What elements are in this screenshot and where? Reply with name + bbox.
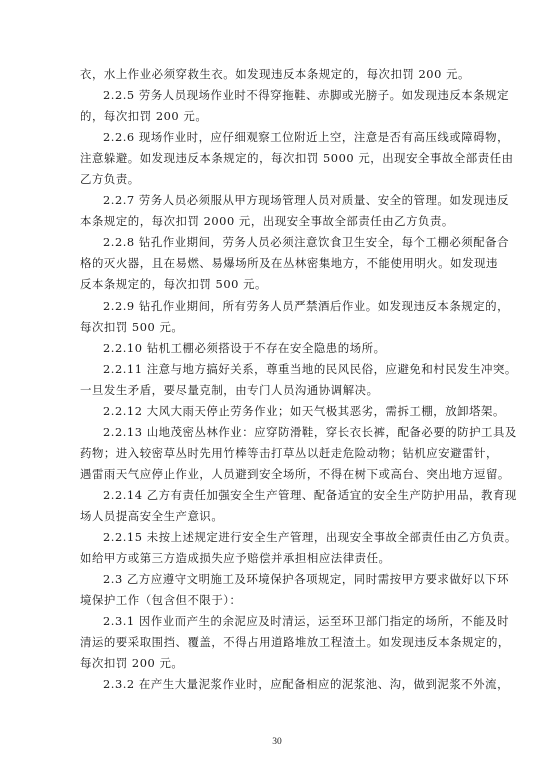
text-line: 衣，水上作业必须穿救生衣。如发现违反本条规定的，每次扣罚 200 元。 — [80, 64, 480, 85]
text-line: 每次扣罚 500 元。 — [80, 317, 480, 338]
text-line: 2.3 乙方应遵守文明施工及环境保护各项规定，同时需按甲方要求做好以下环 — [80, 569, 480, 590]
page-number: 30 — [0, 737, 554, 747]
text-line: 2.2.11 注意与地方搞好关系，尊重当地的民风民俗，应避免和村民发生冲突。 — [80, 359, 480, 380]
text-line: 2.2.9 钻孔作业期间，所有劳务人员严禁酒后作业。如发现违反本条规定的， — [80, 296, 480, 317]
text-line: 反本条规定的，每次扣罚 500 元。 — [80, 274, 480, 295]
text-line: 场人员提高安全生产意识。 — [80, 506, 480, 527]
text-line: 如给甲方或第三方造成损失应予赔偿并承担相应法律责任。 — [80, 548, 480, 569]
text-line: 2.2.15 未按上述规定进行安全生产管理，出现安全事故全部责任由乙方负责。 — [80, 527, 480, 548]
text-line: 2.2.12 大风大雨天停止劳务作业；如天气极其恶劣，需拆工棚，放卸塔架。 — [80, 401, 480, 422]
body-text: 衣，水上作业必须穿救生衣。如发现违反本条规定的，每次扣罚 200 元。 2.2.… — [80, 64, 480, 695]
text-line: 本条规定的，每次扣罚 2000 元，出现安全事故全部责任由乙方负责。 — [80, 211, 480, 232]
text-line: 2.3.1 因作业而产生的余泥应及时清运，运至环卫部门指定的场所，不能及时 — [80, 611, 480, 632]
text-line: 清运的要采取围挡、覆盖，不得占用道路堆放工程渣土。如发现违反本条规定的， — [80, 632, 480, 653]
text-line: 2.2.6 现场作业时，应仔细观察工位附近上空，注意是否有高压线或障碍物， — [80, 127, 480, 148]
text-line: 2.3.2 在产生大量泥浆作业时，应配备相应的泥浆池、沟，做到泥浆不外流， — [80, 674, 480, 695]
text-line: 每次扣罚 200 元。 — [80, 653, 480, 674]
text-line: 注意躲避。如发现违反本条规定的，每次扣罚 5000 元，出现安全事故全部责任由 — [80, 148, 480, 169]
text-line: 乙方负责。 — [80, 169, 480, 190]
document-page: 衣，水上作业必须穿救生衣。如发现违反本条规定的，每次扣罚 200 元。 2.2.… — [0, 0, 554, 783]
text-line: 2.2.10 钻机工棚必须搭设于不存在安全隐患的场所。 — [80, 338, 480, 359]
text-line: 2.2.13 山地茂密丛林作业：应穿防滑鞋，穿长衣长裤，配备必要的防护工具及 — [80, 422, 480, 443]
text-line: 2.2.5 劳务人员现场作业时不得穿拖鞋、赤脚或光膀子。如发现违反本条规定 — [80, 85, 480, 106]
text-line: 遇雷雨天气应停止作业，人员避到安全场所，不得在树下或高台、突出地方逗留。 — [80, 464, 480, 485]
text-line: 格的灭火器，且在易燃、易爆场所及在丛林密集地方，不能使用明火。如发现违 — [80, 253, 480, 274]
text-line: 境保护工作（包含但不限于）： — [80, 590, 480, 611]
text-line: 2.2.14 乙方有责任加强安全生产管理、配备适宜的安全生产防护用品，教育现 — [80, 485, 480, 506]
text-line: 药物；进入较密草丛时先用竹棒等击打草丛以赶走危险动物；钻机应安避雷针， — [80, 443, 480, 464]
text-line: 2.2.8 钻孔作业期间，劳务人员必须注意饮食卫生安全，每个工棚必须配备合 — [80, 232, 480, 253]
text-line: 的，每次扣罚 200 元。 — [80, 106, 480, 127]
text-line: 2.2.7 劳务人员必须服从甲方现场管理人员对质量、安全的管理。如发现违反 — [80, 190, 480, 211]
text-line: 一旦发生矛盾，要尽量克制，由专门人员沟通协调解决。 — [80, 380, 480, 401]
